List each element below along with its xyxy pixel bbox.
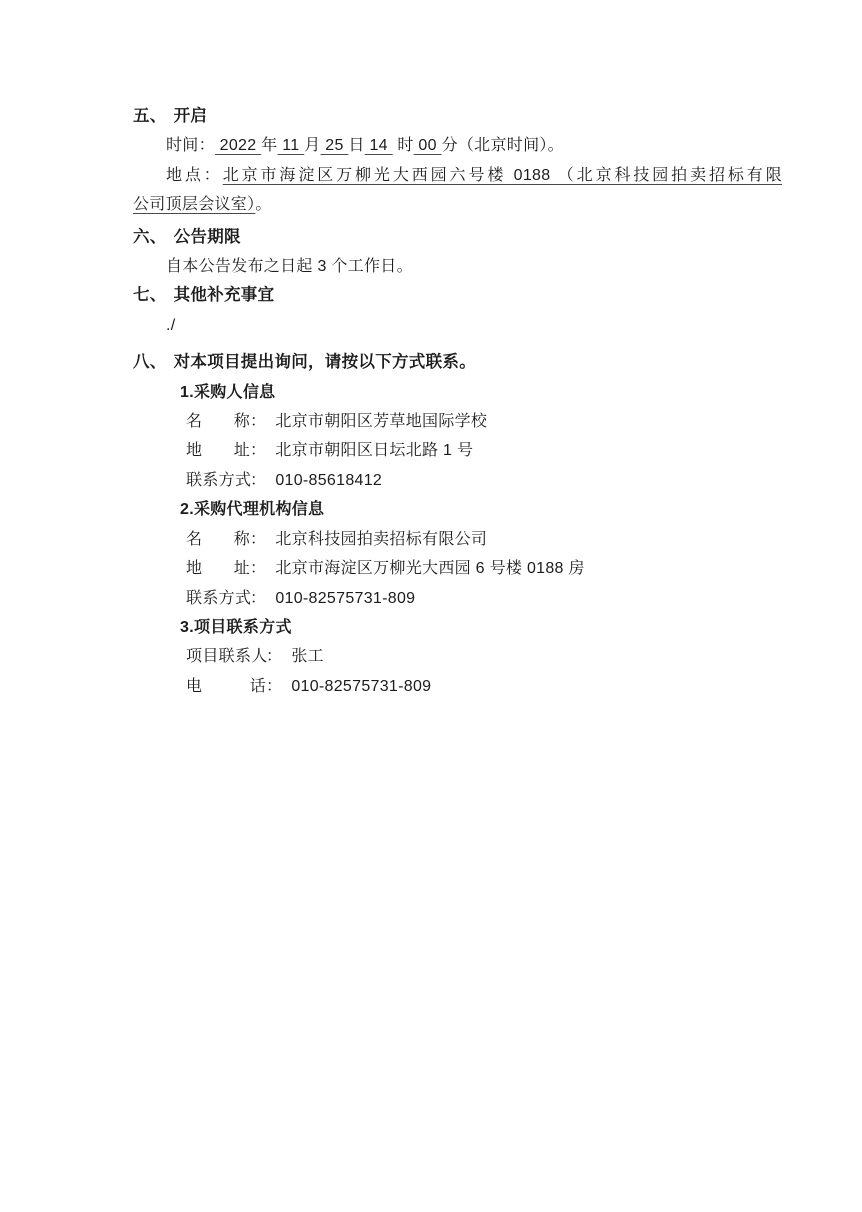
- purchaser-info-heading: 1.采购人信息: [133, 378, 752, 407]
- colon: ：: [250, 472, 266, 489]
- project-phone-label: 电话: [186, 672, 266, 701]
- time-minute-value: 00: [414, 137, 442, 154]
- purchaser-name-value: 北京市朝阳区芳草地国际学校: [275, 413, 487, 430]
- colon: ：: [266, 678, 282, 695]
- agency-contact-label: 联系方式: [186, 584, 250, 613]
- time-year-unit: 年: [261, 137, 277, 154]
- section-6-number: 六、: [133, 223, 167, 252]
- colon: ：: [266, 648, 282, 665]
- colon: ：: [250, 590, 266, 607]
- time-label: 时间：: [166, 137, 215, 154]
- agency-address-value: 北京市海淀区万柳光大西园 6 号楼 0188 房: [275, 560, 584, 577]
- project-contact-person-row: 项目联系人：张工: [133, 642, 752, 671]
- opening-place-line-1: 地点：北京市海淀区万柳光大西园六号楼 0188 （北京科技园拍卖招标有限: [133, 161, 782, 190]
- section-5-number: 五、: [133, 102, 167, 131]
- purchaser-address-label: 地址: [186, 436, 250, 465]
- agency-name-value: 北京科技园拍卖招标有限公司: [275, 531, 487, 548]
- section-7-heading: 七、其他补充事宜: [133, 281, 752, 310]
- project-contact-person-value: 张工: [291, 648, 324, 665]
- section-8-title: 对本项目提出询问，请按以下方式联系。: [174, 353, 476, 371]
- purchaser-contact-label: 联系方式: [186, 466, 250, 495]
- agency-name-label: 名称: [186, 525, 250, 554]
- section-7-title: 其他补充事宜: [174, 286, 275, 304]
- agency-address-label: 地址: [186, 554, 250, 583]
- agency-address-row: 地址：北京市海淀区万柳光大西园 6 号楼 0188 房: [133, 554, 752, 583]
- colon: ：: [250, 413, 266, 430]
- colon: ：: [250, 531, 266, 548]
- opening-place-line-2: 公司顶层会议室）。: [133, 190, 752, 219]
- purchaser-contact-value: 010-85618412: [275, 472, 382, 489]
- section-6-heading: 六、公告期限: [133, 223, 752, 252]
- place-address-part-1: 北京市海淀区万柳光大西园六号楼 0188 （北京科技园拍卖招标有限: [223, 167, 782, 184]
- project-contact-person-label: 项目联系人: [186, 642, 266, 671]
- place-label: 地点：: [166, 167, 223, 184]
- colon: ：: [250, 560, 266, 577]
- time-hour-unit: 时: [393, 137, 414, 154]
- agency-contact-row: 联系方式：010-82575731-809: [133, 584, 752, 613]
- section-5-title: 开启: [174, 107, 208, 125]
- purchaser-address-row: 地址：北京市朝阳区日坛北路 1 号: [133, 436, 752, 465]
- section-8-heading: 八、对本项目提出询问，请按以下方式联系。: [133, 348, 752, 377]
- time-month-unit: 月: [304, 137, 320, 154]
- section-5-heading: 五、开启: [133, 102, 752, 131]
- project-contact-heading: 3.项目联系方式: [133, 613, 752, 642]
- purchaser-name-row: 名称：北京市朝阳区芳草地国际学校: [133, 407, 752, 436]
- purchaser-address-value: 北京市朝阳区日坛北路 1 号: [275, 442, 473, 459]
- time-day-value: 25: [321, 137, 349, 154]
- agency-info-heading: 2.采购代理机构信息: [133, 495, 752, 524]
- time-year-value: 2022: [215, 137, 261, 154]
- supplementary-text: ./: [133, 311, 752, 340]
- opening-time-line: 时间： 2022 年 11 月 25 日 14 时 00 分（北京时间）。: [133, 131, 752, 160]
- colon: ：: [250, 442, 266, 459]
- agency-name-row: 名称：北京科技园拍卖招标有限公司: [133, 525, 752, 554]
- announcement-period-text: 自本公告发布之日起 3 个工作日。: [133, 252, 752, 281]
- section-7-number: 七、: [133, 281, 167, 310]
- place-address-part-2: 公司顶层会议室）: [133, 196, 255, 213]
- time-day-unit: 日: [348, 137, 364, 154]
- place-period: 。: [255, 196, 271, 213]
- time-timezone-note: （北京时间）。: [458, 137, 564, 154]
- section-6-title: 公告期限: [174, 228, 241, 246]
- purchaser-name-label: 名称: [186, 407, 250, 436]
- project-phone-row: 电话：010-82575731-809: [133, 672, 752, 701]
- document-page: 五、开启 时间： 2022 年 11 月 25 日 14 时 00 分（北京时间…: [0, 0, 862, 1212]
- time-minute-unit: 分: [442, 137, 458, 154]
- project-phone-value: 010-82575731-809: [291, 678, 431, 695]
- purchaser-contact-row: 联系方式：010-85618412: [133, 466, 752, 495]
- time-month-value: 11: [278, 137, 305, 154]
- agency-contact-value: 010-82575731-809: [275, 590, 415, 607]
- time-hour-value: 14: [365, 137, 393, 154]
- section-8-number: 八、: [133, 348, 167, 377]
